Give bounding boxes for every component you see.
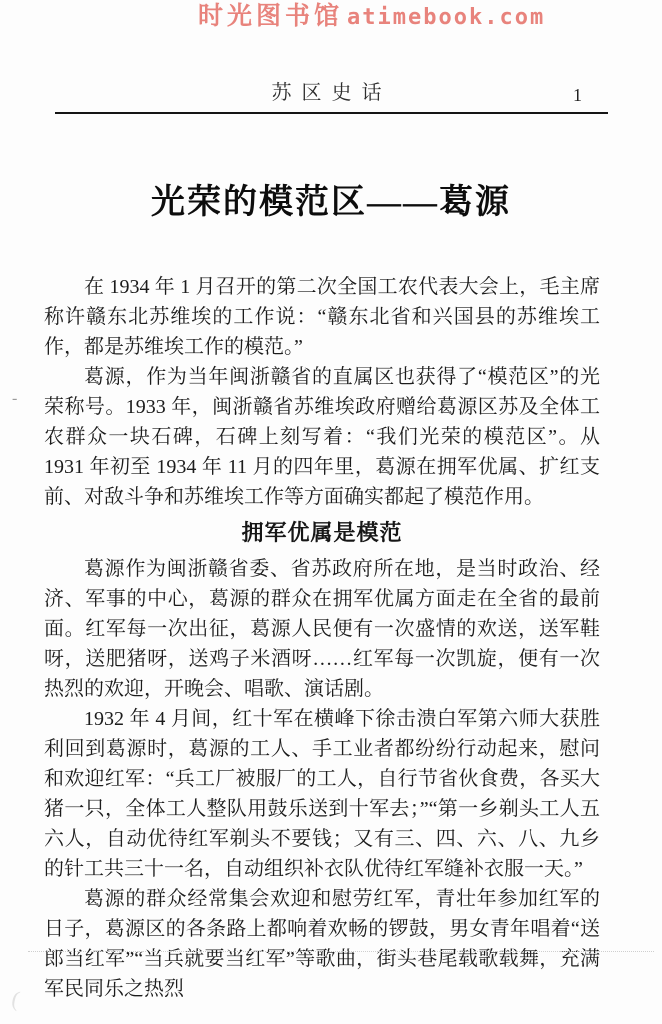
scan-edge-artifact <box>28 951 654 952</box>
section-paragraph: 葛源作为闽浙赣省委、省苏政府所在地，是当时政治、经济、军事的中心，葛源的群众在拥… <box>44 554 600 704</box>
scanned-book-page: 时光图书馆 atimebook.com 苏区史话 1 - 光荣的模范区——葛源 … <box>0 0 662 1024</box>
page-header: 苏区史话 1 <box>55 0 608 108</box>
section-paragraph: 葛源的群众经常集会欢迎和慰劳红军，青壮年参加红军的日子，葛源区的各条路上都响着欢… <box>44 884 600 1004</box>
intro-paragraph: 葛源，作为当年闽浙赣省的直属区也获得了“模范区”的光荣称号。1933 年，闽浙赣… <box>44 362 600 512</box>
page-number: 1 <box>573 82 582 108</box>
scan-margin-mark: - <box>12 390 17 408</box>
running-head: 苏区史话 <box>272 82 392 104</box>
article-body: 在 1934 年 1 月召开的第二次全国工农代表大会上，毛主席称许赣东北苏维埃的… <box>0 272 662 1004</box>
section-heading: 拥军优属是模范 <box>44 517 600 549</box>
article-title: 光荣的模范区——葛源 <box>0 180 662 226</box>
section-paragraph: 1932 年 4 月间，红十军在横峰下徐击溃白军第六师大获胜利回到葛源时，葛源的… <box>44 704 600 884</box>
header-rule <box>55 112 608 114</box>
intro-paragraph: 在 1934 年 1 月召开的第二次全国工农代表大会上，毛主席称许赣东北苏维埃的… <box>44 272 600 362</box>
